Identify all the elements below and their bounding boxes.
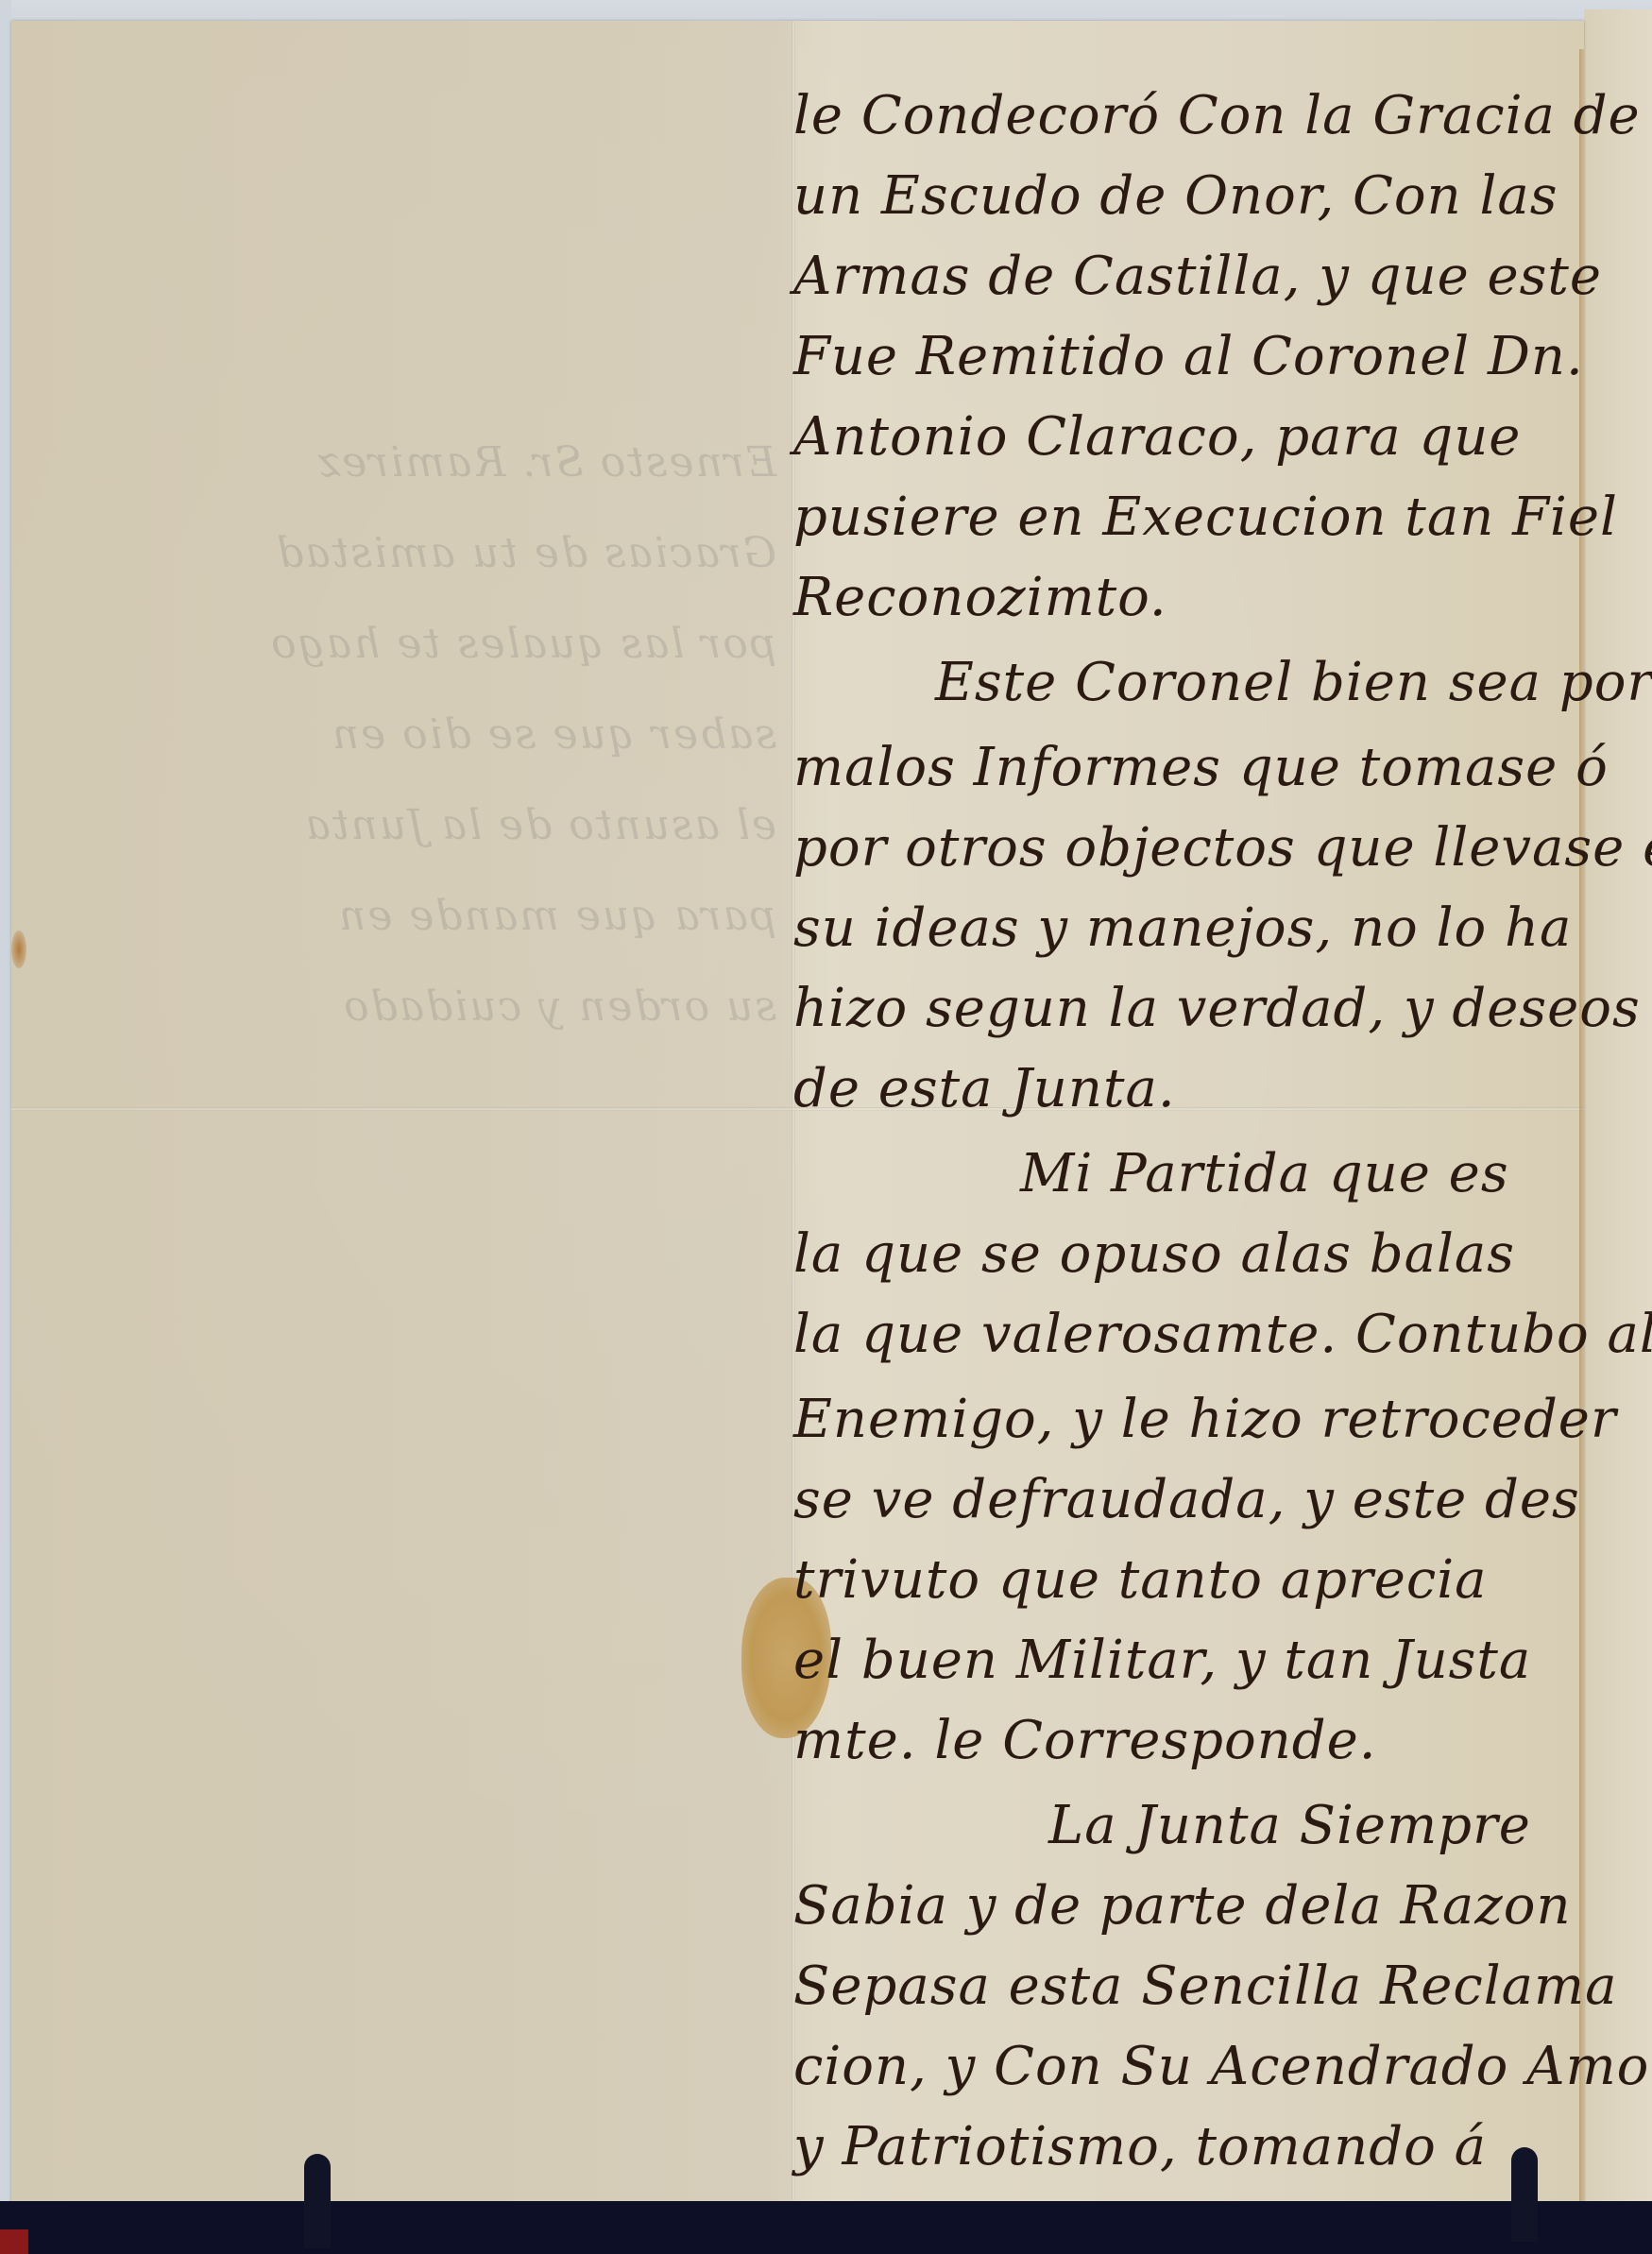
text-line: un Escudo de Onor, Con las — [793, 165, 1558, 227]
adjacent-page-flap — [1584, 9, 1652, 2211]
text-line: su ideas y manejos, no lo ha — [793, 897, 1572, 959]
text-line: pusiere en Execucion tan Fiel — [793, 487, 1618, 548]
text-line: hizo segun la verdad, y deseos — [793, 978, 1641, 1039]
stand-prong-left — [304, 2154, 331, 2248]
text-line: y Patriotismo, tomando á — [793, 2116, 1487, 2177]
bleed-line: su orden y cuidado — [40, 962, 776, 1052]
stand-prong-right — [1511, 2147, 1538, 2242]
paragraph-start-line: Mi Partida que es — [1020, 1143, 1509, 1204]
text-line: se ve defraudada, y este des — [793, 1469, 1580, 1530]
text-line: Reconozimto. — [793, 567, 1167, 628]
text-line: de esta Junta. — [793, 1058, 1176, 1119]
text-line: trivuto que tanto aprecia — [793, 1549, 1488, 1611]
photo-backdrop-left — [0, 0, 11, 2254]
text-line: la que valerosamte. Contubo al — [793, 1304, 1652, 1365]
text-line: cion, y Con Su Acendrado Amor — [793, 2036, 1652, 2097]
sheet-left-half — [11, 21, 795, 2222]
text-line: malos Informes que tomase ó — [793, 737, 1609, 798]
text-line: Armas de Castilla, y que este — [793, 246, 1602, 307]
bleed-line: saber que se dio en — [40, 690, 776, 780]
stand-corner-red — [0, 2229, 28, 2254]
bleed-line: por las quales te hago — [40, 599, 776, 690]
text-line: Fue Remitido al Coronel Dn. — [793, 326, 1584, 387]
text-line: Sabia y de parte dela Razon — [793, 1875, 1572, 1937]
text-line: por otros objectos que llevase en — [793, 817, 1652, 879]
text-line: el buen Militar, y tan Justa — [793, 1630, 1531, 1691]
bleed-through-text: Ernesto Sr. Ramirez Gracias de tu amista… — [40, 418, 776, 1052]
paragraph-start-line: Este Coronel bien sea por — [935, 652, 1652, 713]
text-line: Antonio Claraco, para que — [793, 406, 1521, 468]
text-line: mte. le Corresponde. — [793, 1710, 1377, 1771]
display-stand — [0, 2201, 1652, 2254]
bleed-line: Ernesto Sr. Ramirez — [40, 418, 776, 508]
text-line: la que se opuso alas balas — [793, 1223, 1515, 1285]
bleed-line: para que mande en — [40, 871, 776, 962]
text-line: Enemigo, y le hizo retroceder — [793, 1389, 1617, 1450]
edge-stain — [11, 931, 26, 968]
bleed-line: el asunto de la Junta — [40, 780, 776, 871]
bleed-line: Gracias de tu amistad — [40, 508, 776, 599]
text-line: Sepasa esta Sencilla Reclama — [793, 1955, 1618, 2017]
paragraph-start-line: La Junta Siempre — [1048, 1795, 1531, 1856]
text-line: le Condecoró Con la Gracia de — [793, 85, 1641, 146]
